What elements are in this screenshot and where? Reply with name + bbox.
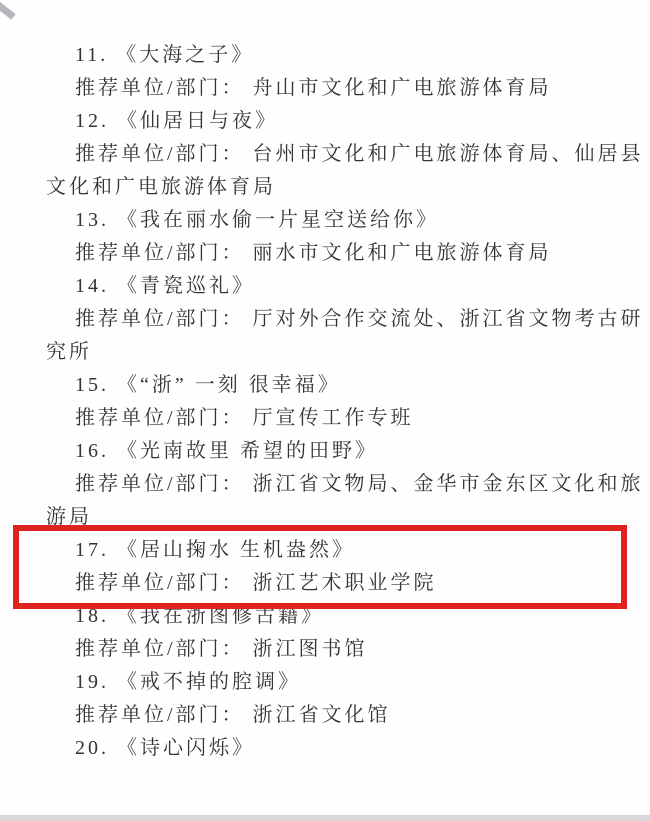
document-line: 19. 《戒不掉的腔调》	[46, 666, 621, 699]
scan-artifact-bottom-edge	[0, 815, 650, 821]
document-line: 推荐单位/部门： 浙江省文物局、金华市金东区文化和旅	[46, 468, 621, 501]
document-line: 14. 《青瓷巡礼》	[46, 270, 621, 303]
document-line: 18. 《我在浙图修古籍》	[46, 600, 621, 633]
document-line: 11. 《大海之子》	[46, 39, 621, 72]
document-line: 推荐单位/部门： 浙江图书馆	[46, 633, 621, 666]
document-line: 推荐单位/部门： 台州市文化和广电旅游体育局、仙居县	[46, 138, 621, 171]
document-page: 11. 《大海之子》推荐单位/部门： 舟山市文化和广电旅游体育局12. 《仙居日…	[0, 0, 650, 821]
document-line: 文化和广电旅游体育局	[46, 171, 621, 204]
document-line: 17. 《居山掬水 生机盎然》	[46, 534, 621, 567]
document-line: 推荐单位/部门： 厅宣传工作专班	[46, 402, 621, 435]
document-content: 11. 《大海之子》推荐单位/部门： 舟山市文化和广电旅游体育局12. 《仙居日…	[46, 39, 621, 765]
document-line: 推荐单位/部门： 浙江艺术职业学院	[46, 567, 621, 600]
document-line: 15. 《“浙” 一刻 很幸福》	[46, 369, 621, 402]
scan-artifact-corner	[0, 0, 16, 20]
document-line: 推荐单位/部门： 丽水市文化和广电旅游体育局	[46, 237, 621, 270]
document-line: 16. 《光南故里 希望的田野》	[46, 435, 621, 468]
document-line: 12. 《仙居日与夜》	[46, 105, 621, 138]
document-line: 究所	[46, 336, 621, 369]
document-line: 游局	[46, 501, 621, 534]
document-line: 13. 《我在丽水偷一片星空送给你》	[46, 204, 621, 237]
document-line: 推荐单位/部门： 舟山市文化和广电旅游体育局	[46, 72, 621, 105]
document-line: 推荐单位/部门： 浙江省文化馆	[46, 699, 621, 732]
document-line: 推荐单位/部门： 厅对外合作交流处、浙江省文物考古研	[46, 303, 621, 336]
document-line: 20. 《诗心闪烁》	[46, 732, 621, 765]
